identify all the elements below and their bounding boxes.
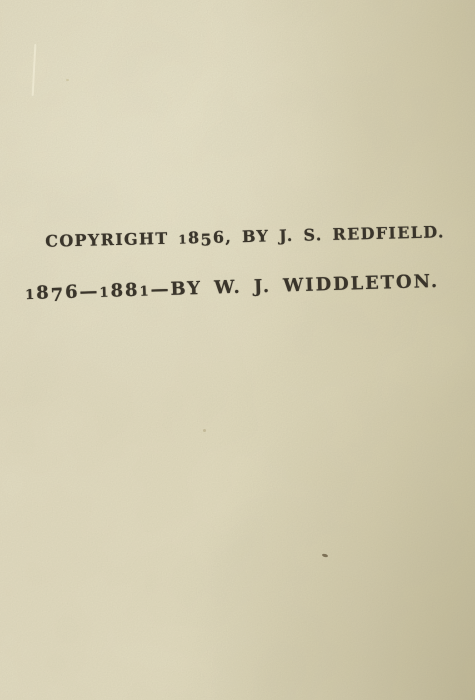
paper-speck xyxy=(322,553,329,557)
paper-speck xyxy=(203,429,206,432)
copyright-line-widdleton: 1876—1881—BY W. J. WIDDLETON. xyxy=(25,273,439,303)
copyright-line-redfield: COPYRIGHT 1856, BY J. S. REDFIELD. xyxy=(45,224,445,249)
scanned-page: COPYRIGHT 1856, BY J. S. REDFIELD. 1876—… xyxy=(0,0,475,700)
paper-grain-texture xyxy=(0,0,475,700)
paper-speck xyxy=(66,79,69,81)
paper-fiber-mark xyxy=(32,44,37,96)
